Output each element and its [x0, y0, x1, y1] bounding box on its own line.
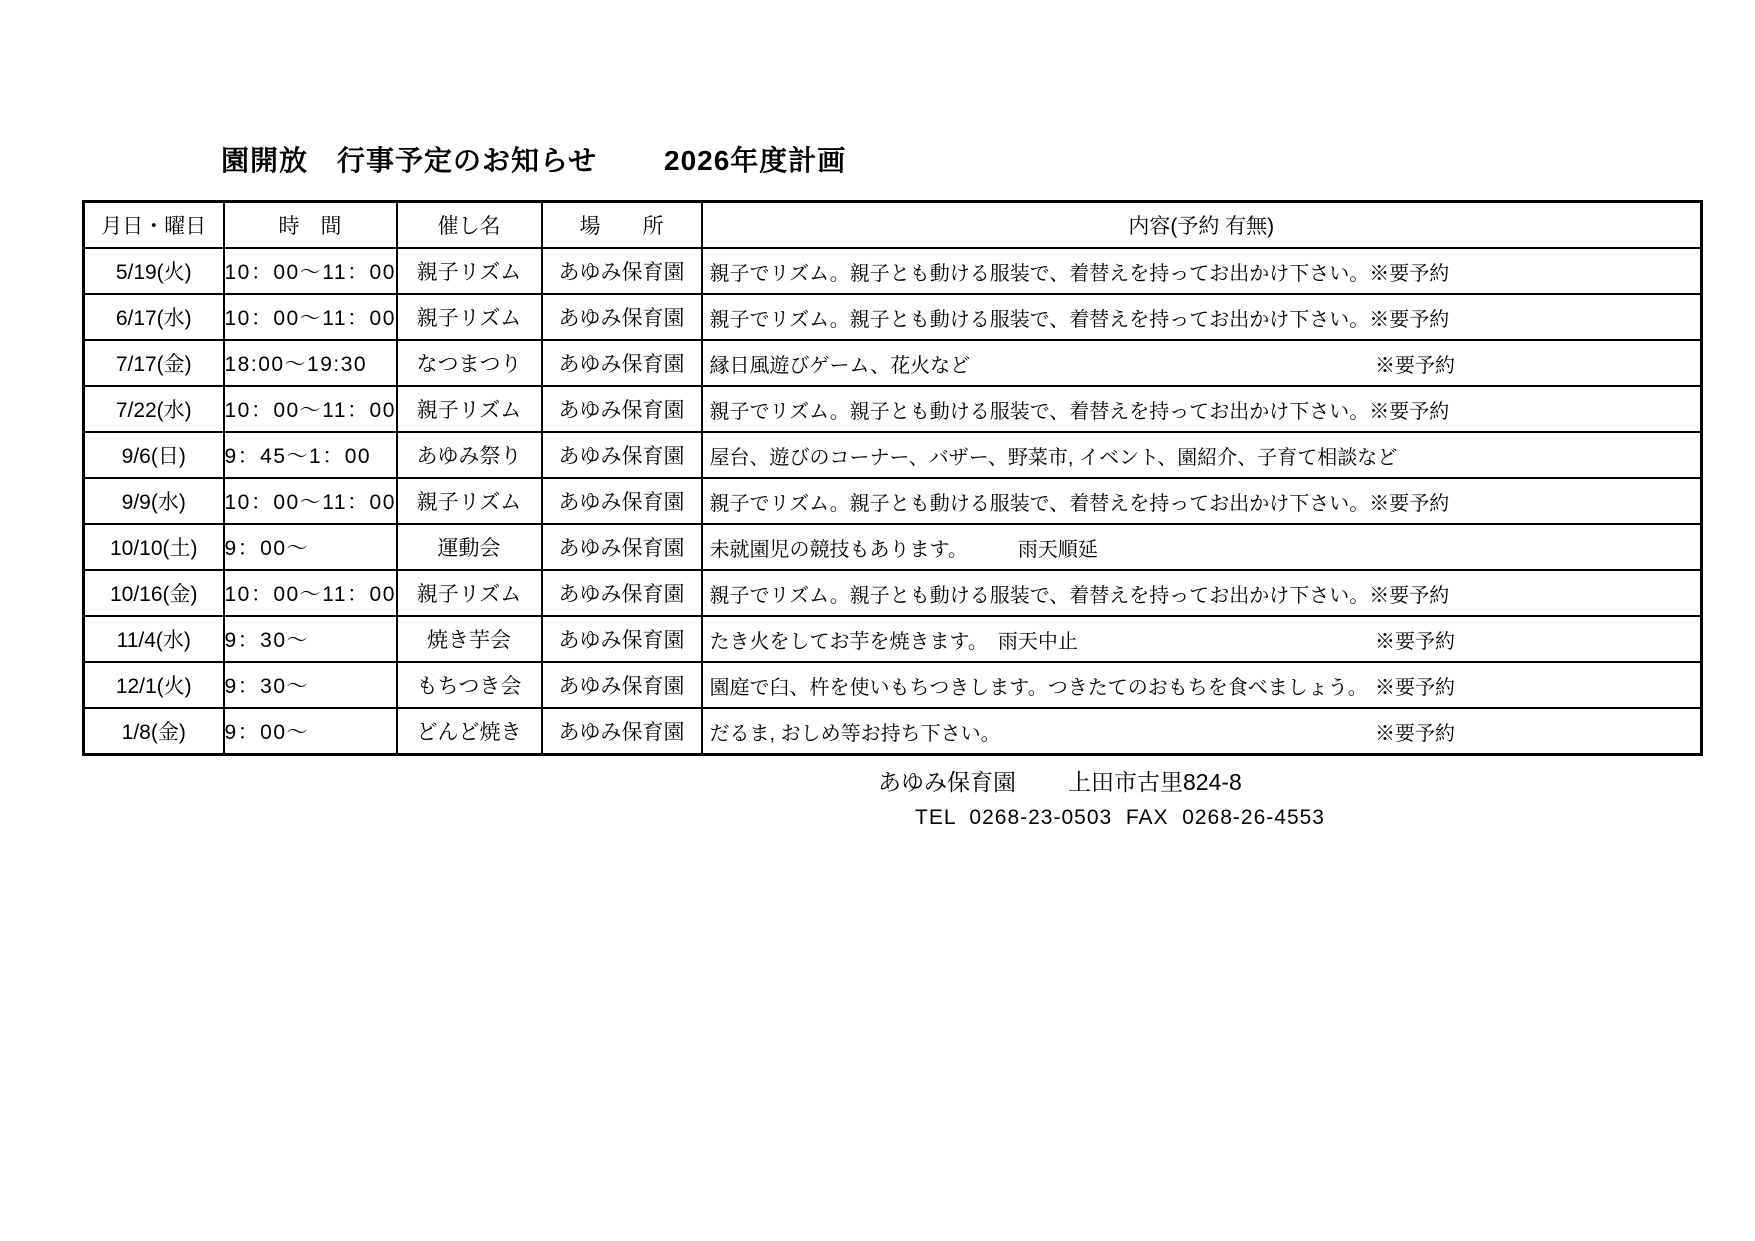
cell-time: 10：00～11：00 [224, 294, 397, 340]
cell-date: 9/6(日) [84, 432, 224, 478]
cell-content: 親子でリズム。親子とも動ける服装で、着替えを持ってお出かけ下さい。※要予約 [702, 570, 1702, 616]
footer-school-address: 上田市古里824-8 [1068, 764, 1242, 797]
reservation-note: ※要予約 [1375, 625, 1455, 654]
cell-place: あゆみ保育園 [542, 248, 702, 294]
cell-place: あゆみ保育園 [542, 478, 702, 524]
header-content: 内容(予約 有無) [702, 202, 1702, 249]
header-time: 時 間 [224, 202, 397, 249]
cell-event: どんど焼き [397, 708, 542, 755]
cell-event: もちつき会 [397, 662, 542, 708]
cell-place: あゆみ保育園 [542, 662, 702, 708]
cell-place: あゆみ保育園 [542, 524, 702, 570]
cell-time: 9：30～ [224, 616, 397, 662]
cell-content: 未就園児の競技もあります。 雨天順延 [702, 524, 1702, 570]
page-title: 園開放 行事予定のお知らせ [221, 139, 597, 179]
cell-date: 7/17(金) [84, 340, 224, 386]
cell-content: 親子でリズム。親子とも動ける服装で、着替えを持ってお出かけ下さい。※要予約 [702, 386, 1702, 432]
cell-event: 親子リズム [397, 386, 542, 432]
table-row: 10/10(土) 9：00～ 運動会 あゆみ保育園 未就園児の競技もあります。 … [84, 524, 1702, 570]
cell-place: あゆみ保育園 [542, 616, 702, 662]
content-text: 親子でリズム。親子とも動ける服装で、着替えを持ってお出かけ下さい。※要予約 [710, 257, 1450, 286]
reservation-note: ※要予約 [1375, 717, 1455, 746]
cell-time: 9：00～ [224, 708, 397, 755]
content-text: 親子でリズム。親子とも動ける服装で、着替えを持ってお出かけ下さい。※要予約 [710, 303, 1450, 332]
cell-content: 園庭で臼、杵を使いもちつきします。つきたてのおもちを食べましょう。※要予約 [702, 662, 1702, 708]
cell-place: あゆみ保育園 [542, 708, 702, 755]
cell-date: 10/10(土) [84, 524, 224, 570]
table-row: 6/17(水) 10：00～11：00 親子リズム あゆみ保育園 親子でリズム。… [84, 294, 1702, 340]
cell-content: 親子でリズム。親子とも動ける服装で、着替えを持ってお出かけ下さい。※要予約 [702, 478, 1702, 524]
cell-date: 7/22(水) [84, 386, 224, 432]
cell-content: 屋台、遊びのコーナー、バザー、野菜市, イベント、園紹介、子育て相談など [702, 432, 1702, 478]
content-text: 園庭で臼、杵を使いもちつきします。つきたてのおもちを食べましょう。 [710, 671, 1368, 700]
cell-event: 親子リズム [397, 248, 542, 294]
cell-content: たき火をしてお芋を焼きます。 雨天中止※要予約 [702, 616, 1702, 662]
table-row: 9/6(日) 9：45～1：00 あゆみ祭り あゆみ保育園 屋台、遊びのコーナー… [84, 432, 1702, 478]
cell-place: あゆみ保育園 [542, 570, 702, 616]
table-row: 10/16(金) 10：00～11：00 親子リズム あゆみ保育園 親子でリズム… [84, 570, 1702, 616]
cell-date: 6/17(水) [84, 294, 224, 340]
footer-school-line: あゆみ保育園 上田市古里824-8 [878, 764, 1242, 797]
cell-time: 10：00～11：00 [224, 386, 397, 432]
cell-event: あゆみ祭り [397, 432, 542, 478]
content-text: だるま, おしめ等お持ち下さい。 [710, 717, 1001, 746]
footer-school-name: あゆみ保育園 [878, 764, 1016, 797]
table-row: 1/8(金) 9：00～ どんど焼き あゆみ保育園 だるま, おしめ等お持ち下さ… [84, 708, 1702, 755]
cell-content: だるま, おしめ等お持ち下さい。※要予約 [702, 708, 1702, 755]
event-schedule-table: 月日・曜日 時 間 催し名 場 所 内容(予約 有無) 5/19(火) 10：0… [82, 200, 1703, 756]
cell-time: 9：00～ [224, 524, 397, 570]
reservation-note: ※要予約 [1375, 349, 1455, 378]
table-header-row: 月日・曜日 時 間 催し名 場 所 内容(予約 有無) [84, 202, 1702, 249]
content-text: 親子でリズム。親子とも動ける服装で、着替えを持ってお出かけ下さい。※要予約 [710, 487, 1450, 516]
cell-date: 10/16(金) [84, 570, 224, 616]
content-text: 屋台、遊びのコーナー、バザー、野菜市, イベント、園紹介、子育て相談など [710, 441, 1398, 470]
cell-time: 10：00～11：00 [224, 570, 397, 616]
cell-place: あゆみ保育園 [542, 294, 702, 340]
cell-content: 親子でリズム。親子とも動ける服装で、着替えを持ってお出かけ下さい。※要予約 [702, 294, 1702, 340]
cell-time: 18:00～19:30 [224, 340, 397, 386]
table-row: 12/1(火) 9：30～ もちつき会 あゆみ保育園 園庭で臼、杵を使いもちつき… [84, 662, 1702, 708]
cell-date: 12/1(火) [84, 662, 224, 708]
cell-event: なつまつり [397, 340, 542, 386]
content-text: 親子でリズム。親子とも動ける服装で、着替えを持ってお出かけ下さい。※要予約 [710, 395, 1450, 424]
cell-content: 縁日風遊びゲーム、花火など※要予約 [702, 340, 1702, 386]
notice-page: 園開放 行事予定のお知らせ 2026年度計画 月日・曜日 時 間 催し名 場 所… [0, 0, 1755, 1241]
cell-date: 1/8(金) [84, 708, 224, 755]
content-text: 親子でリズム。親子とも動ける服装で、着替えを持ってお出かけ下さい。※要予約 [710, 579, 1450, 608]
cell-time: 10：00～11：00 [224, 478, 397, 524]
content-text: 縁日風遊びゲーム、花火など [710, 349, 971, 378]
cell-time: 10：00～11：00 [224, 248, 397, 294]
cell-place: あゆみ保育園 [542, 340, 702, 386]
cell-place: あゆみ保育園 [542, 386, 702, 432]
cell-content: 親子でリズム。親子とも動ける服装で、着替えを持ってお出かけ下さい。※要予約 [702, 248, 1702, 294]
page-title-year: 2026年度計画 [664, 139, 846, 179]
cell-time: 9：45～1：00 [224, 432, 397, 478]
cell-event: 親子リズム [397, 294, 542, 340]
cell-time: 9：30～ [224, 662, 397, 708]
cell-event: 焼き芋会 [397, 616, 542, 662]
reservation-note: ※要予約 [1375, 671, 1455, 700]
table-row: 7/17(金) 18:00～19:30 なつまつり あゆみ保育園 縁日風遊びゲー… [84, 340, 1702, 386]
cell-date: 5/19(火) [84, 248, 224, 294]
cell-date: 11/4(水) [84, 616, 224, 662]
content-text: たき火をしてお芋を焼きます。 雨天中止 [710, 625, 1078, 654]
header-event: 催し名 [397, 202, 542, 249]
table-row: 7/22(水) 10：00～11：00 親子リズム あゆみ保育園 親子でリズム。… [84, 386, 1702, 432]
cell-event: 運動会 [397, 524, 542, 570]
table-row: 11/4(水) 9：30～ 焼き芋会 あゆみ保育園 たき火をしてお芋を焼きます。… [84, 616, 1702, 662]
content-text: 未就園児の競技もあります。 雨天順延 [710, 533, 1098, 562]
cell-date: 9/9(水) [84, 478, 224, 524]
cell-place: あゆみ保育園 [542, 432, 702, 478]
table-row: 9/9(水) 10：00～11：00 親子リズム あゆみ保育園 親子でリズム。親… [84, 478, 1702, 524]
table-row: 5/19(火) 10：00～11：00 親子リズム あゆみ保育園 親子でリズム。… [84, 248, 1702, 294]
header-date: 月日・曜日 [84, 202, 224, 249]
cell-event: 親子リズム [397, 570, 542, 616]
footer-tel-fax: TEL 0268-23-0503 FAX 0268-26-4553 [915, 806, 1325, 830]
cell-event: 親子リズム [397, 478, 542, 524]
header-place: 場 所 [542, 202, 702, 249]
